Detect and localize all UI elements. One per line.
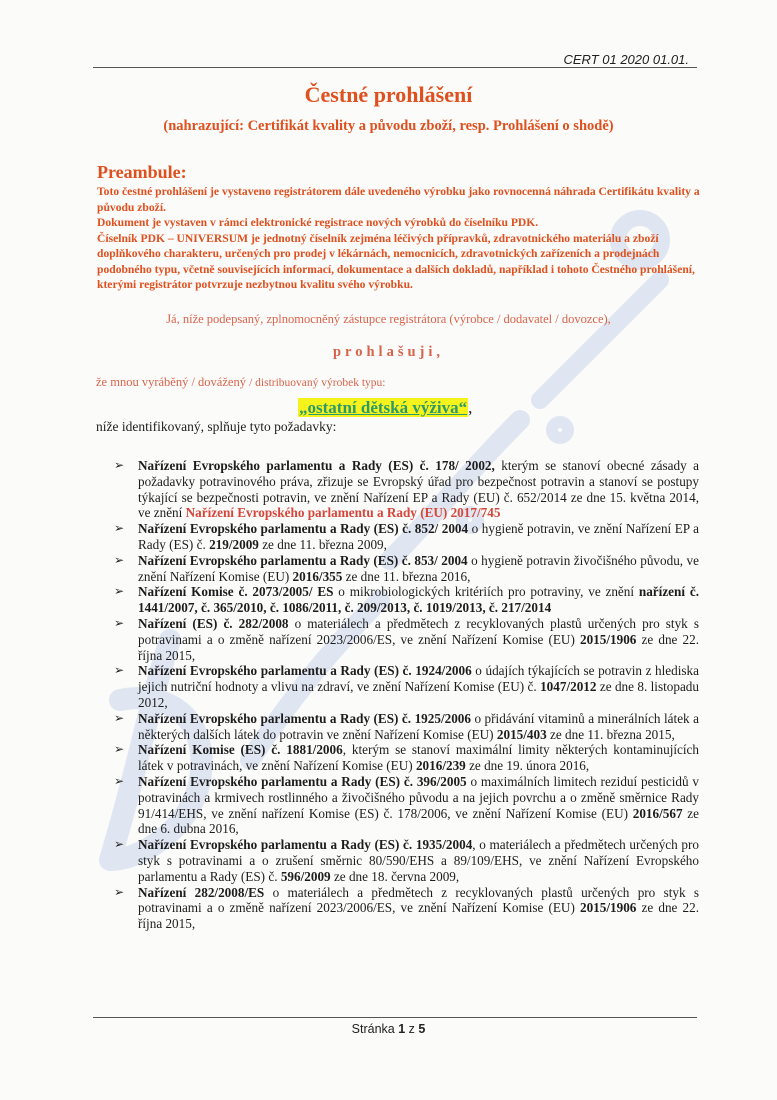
page-separator: z (409, 1022, 415, 1036)
page-footer: Stránka 1 z 5 (0, 1022, 777, 1036)
regulation-reference: 2015/403 (497, 727, 547, 742)
regulation-item: ➢Nařízení Komise č. 2073/2005/ ES o mikr… (114, 584, 699, 616)
regulation-item: ➢Nařízení Evropského parlamentu a Rady (… (114, 521, 699, 553)
product-type-suffix: , (468, 398, 472, 417)
regulation-item: ➢Nařízení Komise (ES) č. 1881/2006, kter… (114, 742, 699, 774)
arrow-bullet-icon: ➢ (114, 711, 124, 727)
arrow-bullet-icon: ➢ (114, 774, 124, 790)
regulation-text: ze dne 11. března 2016, (342, 569, 470, 584)
total-pages: 5 (418, 1022, 425, 1036)
regulation-text: o mikrobiologických kritériích pro potra… (333, 584, 638, 599)
arrow-bullet-icon: ➢ (114, 742, 124, 758)
product-type-highlight: „ostatní dětská výživa“ (298, 398, 468, 417)
product-line-small: / distribuovaný výrobek typu: (249, 377, 385, 389)
regulation-reference: 2015/1906 (580, 632, 636, 647)
arrow-bullet-icon: ➢ (114, 837, 124, 853)
regulation-reference: Nařízení Evropského parlamentu a Rady (E… (138, 711, 471, 726)
regulation-item: ➢Nařízení Evropského parlamentu a Rady (… (114, 458, 699, 521)
regulation-text: ze dne 19. února 2016, (466, 758, 589, 773)
regulation-item: ➢Nařízení Evropského parlamentu a Rady (… (114, 553, 699, 585)
product-type: „ostatní dětská výživa“, (298, 398, 472, 418)
product-line: že mnou vyráběný / dovážený / distribuov… (96, 375, 385, 390)
regulation-item: ➢Nařízení (ES) č. 282/2008 o materiálech… (114, 616, 699, 663)
preamble-paragraph: Dokument je vystaven v rámci elektronick… (97, 215, 707, 231)
regulation-reference: Nařízení Evropského parlamentu a Rady (E… (138, 663, 472, 678)
requirements-intro: níže identifikovaný, splňuje tyto požada… (96, 419, 336, 435)
regulation-item: ➢Nařízení Evropského parlamentu a Rady (… (114, 663, 699, 710)
regulation-reference: Nařízení 282/2008/ES (138, 885, 264, 900)
preamble-body: Toto čestné prohlášení je vystaveno regi… (97, 184, 707, 293)
preamble-paragraph: Číselník PDK – UNIVERSUM je jednotný čís… (97, 231, 707, 293)
regulation-item: ➢Nařízení Evropského parlamentu a Rady (… (114, 711, 699, 743)
document-code: CERT 01 2020 01.01. (563, 52, 689, 67)
regulation-reference: 2015/1906 (580, 900, 636, 915)
regulation-reference: 1047/2012 (540, 679, 596, 694)
footer-divider (93, 1017, 697, 1018)
document-subtitle: (nahrazující: Certifikát kvality a původ… (0, 118, 777, 135)
arrow-bullet-icon: ➢ (114, 885, 124, 901)
regulation-reference: 596/2009 (281, 869, 331, 884)
arrow-bullet-icon: ➢ (114, 458, 124, 474)
arrow-bullet-icon: ➢ (114, 521, 124, 537)
declarant-statement: Já, níže podepsaný, zplnomocněný zástupc… (0, 312, 777, 327)
regulation-reference: Nařízení Evropského parlamentu a Rady (E… (138, 553, 468, 568)
regulation-item: ➢Nařízení Evropského parlamentu a Rady (… (114, 837, 699, 884)
regulation-item: ➢Nařízení 282/2008/ES o materiálech a př… (114, 885, 699, 932)
arrow-bullet-icon: ➢ (114, 616, 124, 632)
regulation-text: ze dne 18. června 2009, (331, 869, 460, 884)
regulation-text: ze dne 11. března 2015, (547, 727, 675, 742)
declaration-word: prohlašuji, (0, 344, 777, 361)
header-divider (93, 67, 697, 68)
regulation-reference: Nařízení Komise (ES) č. 1881/2006 (138, 742, 343, 757)
regulation-reference: Nařízení (ES) č. 282/2008 (138, 616, 289, 631)
regulation-reference: Nařízení Komise č. 2073/2005/ ES (138, 584, 333, 599)
regulation-reference: 2016/239 (416, 758, 466, 773)
regulation-reference: 219/2009 (209, 537, 259, 552)
product-line-main: že mnou vyráběný / dovážený (96, 375, 249, 389)
regulation-reference: Nařízení Evropského parlamentu a Rady (E… (138, 774, 467, 789)
document-title: Čestné prohlášení (0, 82, 777, 108)
arrow-bullet-icon: ➢ (114, 553, 124, 569)
preamble-heading: Preambule: (97, 162, 187, 183)
regulation-reference: 2016/567 (633, 806, 683, 821)
regulations-list: ➢Nařízení Evropského parlamentu a Rady (… (114, 458, 699, 932)
preamble-paragraph: Toto čestné prohlášení je vystaveno regi… (97, 184, 707, 215)
current-page: 1 (398, 1022, 405, 1036)
regulation-item: ➢Nařízení Evropského parlamentu a Rady (… (114, 774, 699, 837)
regulation-reference: Nařízení Evropského parlamentu a Rady (E… (138, 521, 468, 536)
regulation-reference: 2016/355 (293, 569, 343, 584)
regulation-reference: Nařízení Evropského parlamentu a Rady (E… (186, 505, 501, 520)
regulation-reference: Nařízení Evropského parlamentu a Rady (E… (138, 837, 472, 852)
arrow-bullet-icon: ➢ (114, 663, 124, 679)
arrow-bullet-icon: ➢ (114, 584, 124, 600)
page-label: Stránka (352, 1022, 395, 1036)
regulation-text: ze dne 11. března 2009, (259, 537, 387, 552)
regulation-reference: Nařízení Evropského parlamentu a Rady (E… (138, 458, 495, 473)
